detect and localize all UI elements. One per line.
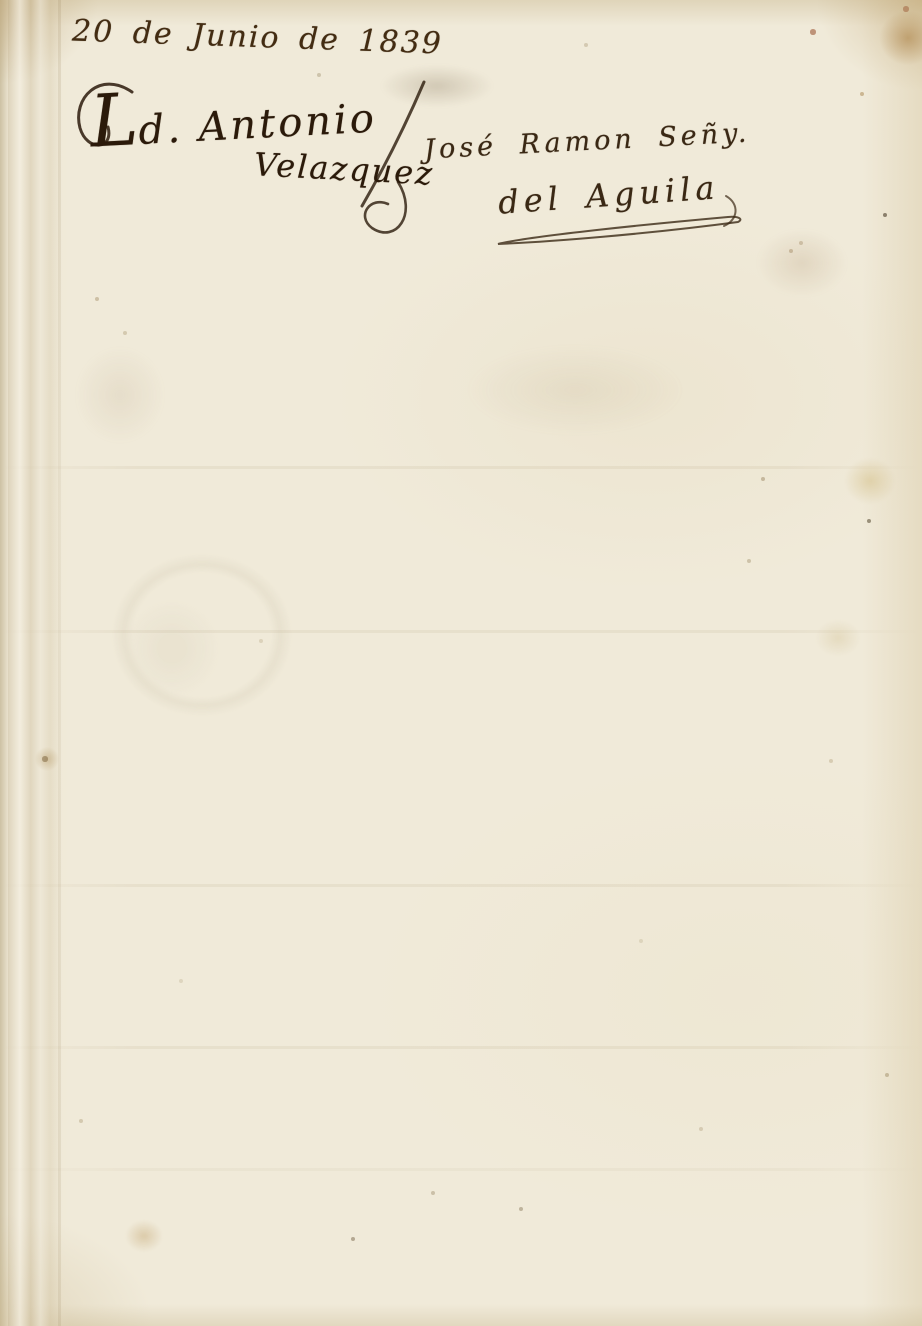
paper-speckles <box>0 0 2 2</box>
ink-smudge <box>362 58 512 114</box>
paper-stain <box>30 742 64 776</box>
embossed-watermark <box>52 500 352 770</box>
foxing-spots <box>742 218 862 308</box>
ink-showthrough <box>430 330 720 450</box>
paper-stain <box>868 0 922 76</box>
horizontal-crease <box>0 1046 922 1049</box>
paper-stain <box>118 1214 170 1258</box>
manuscript-page: 20 de Junio de 1839 Ld. Antonio Velazque… <box>0 0 922 1326</box>
foxing-spots <box>60 330 180 460</box>
date-line: 20 de Junio de 1839 <box>72 14 444 62</box>
horizontal-crease <box>0 1168 922 1171</box>
signature-aguila-surname: del Aguila <box>497 168 721 221</box>
horizontal-crease <box>0 466 922 469</box>
paper-stain <box>806 612 870 664</box>
signature-aguila-name: José Ramon Señy. <box>423 117 751 165</box>
left-fold-crease <box>8 0 62 1326</box>
horizontal-crease <box>0 884 922 887</box>
signature-velazquez-surname: Velazquez <box>253 145 435 192</box>
paper-stain <box>834 448 906 514</box>
